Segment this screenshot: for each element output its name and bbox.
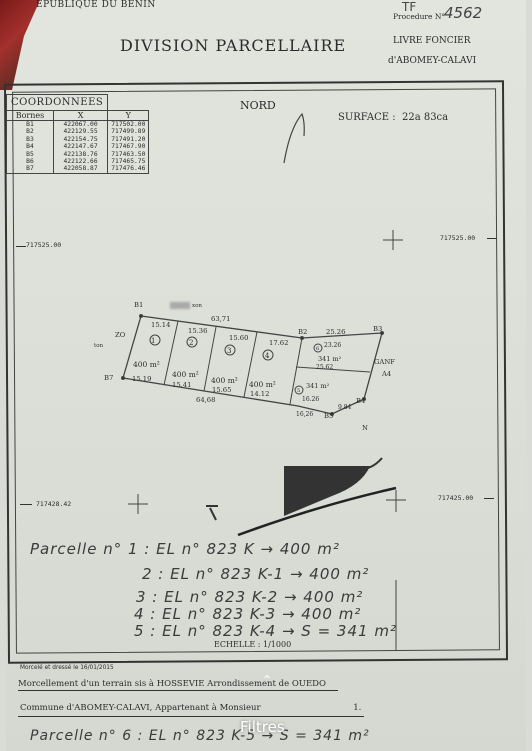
underline xyxy=(18,716,364,717)
underline xyxy=(18,690,338,691)
chevron-up-icon[interactable]: ⌃ xyxy=(262,673,272,687)
filters-button[interactable]: Filtres xyxy=(240,718,285,736)
handwritten-parcel-2: 2 : EL n° 823 K-1 → 400 m² xyxy=(142,565,369,583)
handwritten-parcel-6: Parcelle n° 6 : EL n° 823 K-5 → S = 341 … xyxy=(30,728,370,744)
scale-label: ECHELLE : 1/1000 xyxy=(214,640,291,649)
redacted-name xyxy=(170,302,190,309)
handwritten-parcel-5: 5 : EL n° 823 K-4 → S = 341 m² xyxy=(134,622,397,640)
morcellement-text: Morcellement d'un terrain sis à HOSSEVIE… xyxy=(18,679,326,689)
handwritten-parcel-4: 4 : EL n° 823 K-3 → 400 m² xyxy=(134,605,361,623)
handwritten-parcel-1: Parcelle n° 1 : EL n° 823 K → 400 m² xyxy=(30,540,340,558)
handwritten-parcel-3: 3 : EL n° 823 K-2 → 400 m² xyxy=(136,588,363,606)
commune-text: Commune d'ABOMEY-CALAVI, Appartenant à M… xyxy=(20,703,361,713)
redaction-block xyxy=(284,466,370,516)
borne-b1: B1 xyxy=(134,301,143,309)
made-on-date: Morcelé et dressé le 16/01/2015 xyxy=(20,665,114,671)
